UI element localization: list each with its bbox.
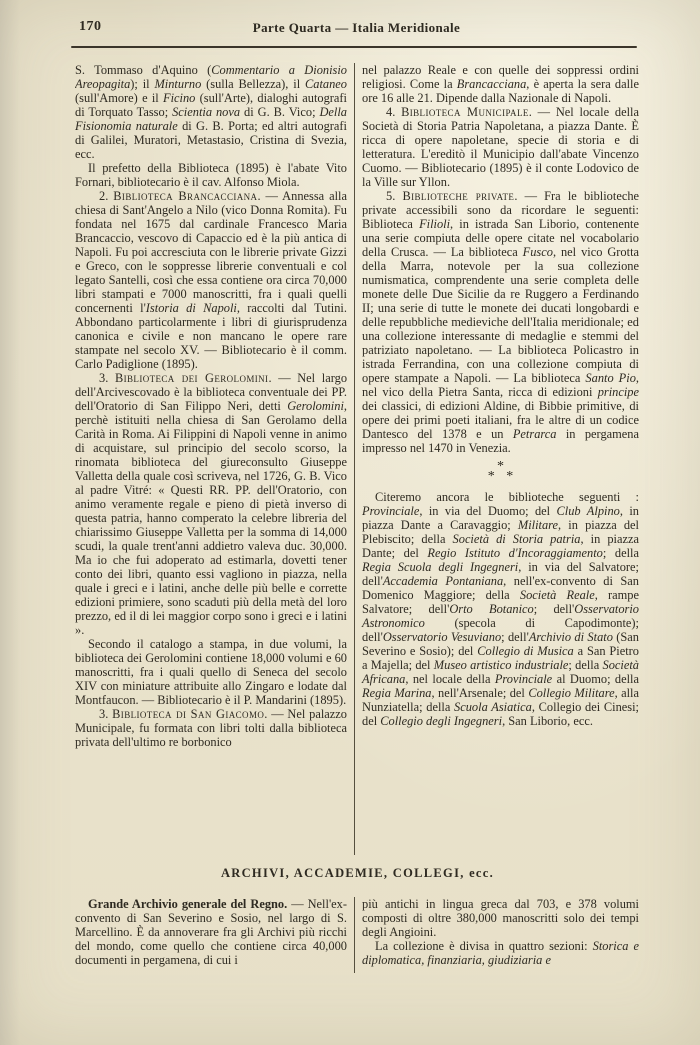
paragraph: 2. Biblioteca Brancacciana. — Annessa al… [75,189,347,371]
paragraph: La collezione è divisa in quattro sezion… [362,939,639,967]
bottom-right-column: più antichi in lingua greca dal 703, e 3… [362,897,639,1015]
scanned-book-page: { "colors": { "paper": "#e8e1ca", "ink":… [0,0,700,1045]
paragraph: 3. Biblioteca di San Giacomo. — Nel pala… [75,707,347,749]
section-title: ARCHIVI, ACCADEMIE, COLLEGI, ecc. [75,866,640,881]
main-text-block: S. Tommaso d'Aquino (Commentario a Dioni… [75,63,640,855]
page-header: 170 Parte Quarta — Italia Meridionale [75,19,638,37]
bottom-column-divider [354,897,355,973]
paragraph: S. Tommaso d'Aquino (Commentario a Dioni… [75,63,347,161]
paragraph: più antichi in lingua greca dal 703, e 3… [362,897,639,939]
header-rule [71,46,637,48]
bottom-text-block: Grande Archivio generale del Regno. — Ne… [75,897,640,1015]
left-column: S. Tommaso d'Aquino (Commentario a Dioni… [75,63,347,855]
paragraph: Citeremo ancora le biblioteche seguenti … [362,490,639,728]
paragraph: 3. Biblioteca dei Gerolomini. — Nel larg… [75,371,347,637]
bottom-left-column: Grande Archivio generale del Regno. — Ne… [75,897,347,1015]
paragraph: 4. Biblioteca Municipale. — Nel locale d… [362,105,639,189]
running-title: Parte Quarta — Italia Meridionale [75,20,638,36]
column-divider [354,63,355,855]
paragraph: Il prefetto della Biblioteca (1895) è l'… [75,161,347,189]
right-column: nel palazzo Reale e con quelle dei soppr… [362,63,639,855]
paragraph: Grande Archivio generale del Regno. — Ne… [75,897,347,967]
paragraph: Secondo il catalogo a stampa, in due vol… [75,637,347,707]
paragraph: 5. Biblioteche private. — Fra le bibliot… [362,189,639,455]
asterism-divider: ** * [362,462,639,482]
paragraph: nel palazzo Reale e con quelle dei soppr… [362,63,639,105]
